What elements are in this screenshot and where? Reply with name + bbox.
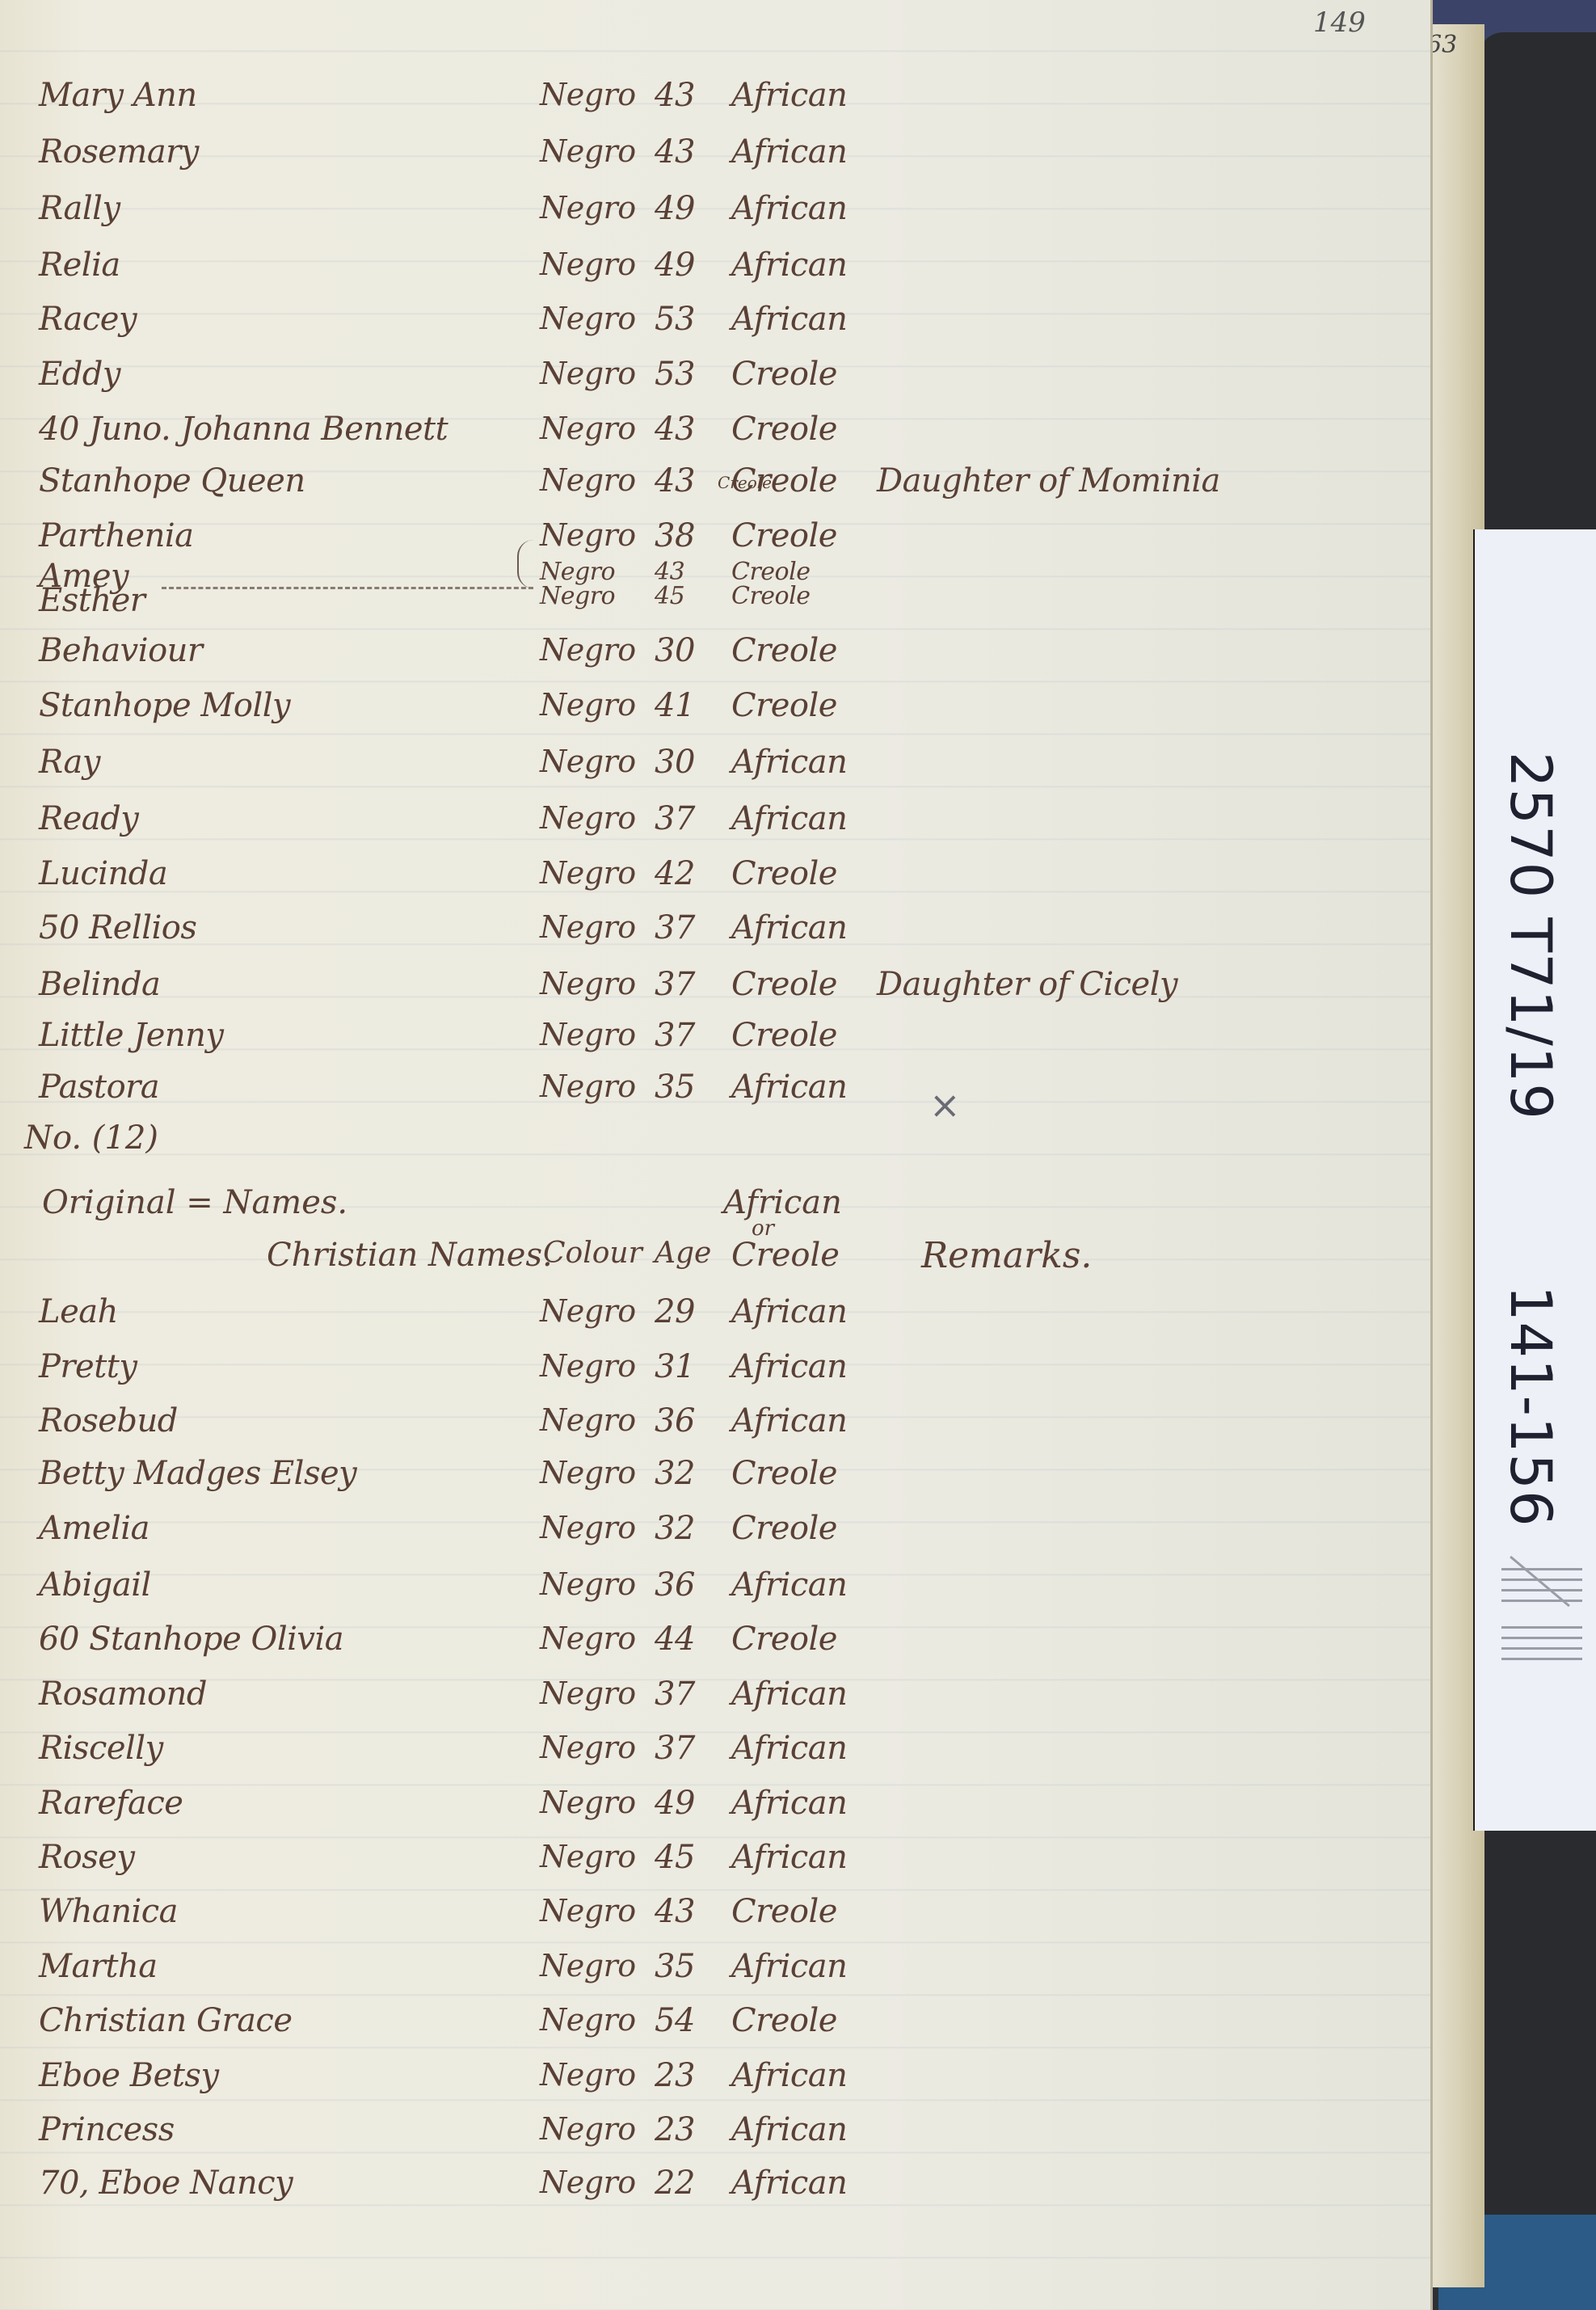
entry-origin: African [731,1839,847,1876]
entry-age: 30 [655,632,695,669]
entry-origin: African [731,190,847,227]
entry-origin: African [731,800,847,837]
entry-name: Eddy [39,356,120,393]
entry-origin: African [731,301,847,338]
entry-age: 49 [655,190,695,227]
entry-colour: Negro [540,687,636,723]
entry-age: 44 [655,1621,695,1658]
header-original-label: Original = Names. [42,1184,347,1221]
entry-colour: Negro [540,1839,636,1874]
header-christian-names: Christian Names. [267,1237,553,1274]
entry-name: 50 Rellios [39,909,196,946]
ledger-row: RoseyNegro45African [0,1839,1374,1887]
entry-name: Whanica [39,1893,178,1930]
bracket-mark [517,540,535,588]
entry-name: Esther [39,582,145,619]
entry-age: 42 [655,855,695,892]
ledger-row: Eboe BetsyNegro23African [0,2057,1374,2106]
entry-colour: Negro [540,462,636,498]
entry-age: 30 [655,744,695,781]
entry-origin: African [731,1069,847,1106]
ledger-row: RallyNegro49African [0,190,1374,238]
ledger-row: AmeliaNegro32Creole [0,1510,1374,1558]
entry-colour: Negro [540,517,636,553]
entry-age: 23 [655,2111,695,2148]
entry-name: Martha [39,1948,158,1985]
entry-colour: Negro [540,133,636,169]
ledger-row: EstherNegro45Creole [0,582,1374,630]
ledger-row: Stanhope MollyNegro41Creole [0,687,1374,736]
entry-name: Riscelly [39,1730,163,1767]
entry-origin: Creole [731,2002,837,2039]
ledger-row: Mary AnnNegro43African [0,77,1374,125]
entry-colour: Negro [540,1676,636,1711]
entry-name: Princess [39,2111,175,2148]
entry-origin: African [731,2165,847,2202]
entry-origin: Creole [731,966,837,1003]
entry-colour: Negro [540,744,636,779]
ledger-row: LucindaNegro42Creole [0,855,1374,904]
entry-name: Ray [39,744,100,781]
ledger-row: RosemaryNegro43African [0,133,1374,182]
entry-name: Ready [39,800,138,837]
entry-name: Stanhope Queen [39,462,305,500]
header-origin-creole: Creole [731,1237,840,1274]
entry-origin: Creole [731,1017,837,1054]
entry-colour: Negro [540,1948,636,1983]
entry-age: 23 [655,2057,695,2094]
ledger-row: MarthaNegro35African [0,1948,1374,1996]
header-original: Original = Names. [42,1184,347,1221]
entry-age: 49 [655,247,695,284]
entry-age: 41 [655,687,695,724]
entry-colour: Negro [540,301,636,336]
entry-name: Abigail [39,1566,151,1604]
entry-age: 37 [655,1676,695,1713]
ledger-row: RarefaceNegro49African [0,1785,1374,1833]
ledger-row: Betty Madges ElseyNegro32Creole [0,1455,1374,1503]
entry-age: 35 [655,1069,695,1106]
entry-name: Lucinda [39,855,167,892]
entry-age: 37 [655,909,695,946]
entry-age: 29 [655,1293,695,1330]
entry-colour: Negro [540,1348,636,1384]
entry-origin: African [731,77,847,114]
entry-age: 32 [655,1455,695,1492]
entry-colour: Negro [540,1293,636,1329]
ledger-row: 40 Juno. Johanna BennettNegro43Creole [0,411,1374,459]
entry-name: Amelia [39,1510,149,1547]
entry-origin: Creole [731,517,837,554]
entry-colour: Negro [540,1510,636,1545]
entry-age: 45 [655,1839,695,1876]
entry-name: Behaviour [39,632,203,669]
ledger-row: ReadyNegro37African [0,800,1374,849]
entry-colour: Negro [540,909,636,945]
pencil-tally-marks [1501,1560,1582,1668]
entry-name: Mary Ann [39,77,197,114]
entry-colour: Negro [540,1893,636,1929]
entry-colour: Negro [540,966,636,1001]
entry-age: 43 [655,1893,695,1930]
entry-name: Little Jenny [39,1017,224,1054]
entry-colour: Negro [540,1017,636,1052]
entry-origin: Creole [731,356,837,393]
ledger-row: RayNegro30African [0,744,1374,792]
ledger-page: 149 Mary AnnNegro43AfricanRosemaryNegro4… [0,0,1433,2310]
header-origin-african: African [723,1184,842,1221]
entry-colour: Negro [540,190,636,226]
entry-origin: Creole [731,1621,837,1658]
entry-colour: Negro [540,411,636,446]
entry-name: Betty Madges Elsey [39,1455,356,1492]
entry-origin: African [731,133,847,171]
entry-colour: Negro [540,1621,636,1656]
entry-age: 37 [655,966,695,1003]
entry-name: Rally [39,190,120,227]
entry-name: Rosamond [39,1676,207,1713]
entry-age: 53 [655,301,695,338]
entry-colour: Negro [540,356,636,391]
header-remarks: Remarks. [921,1235,1092,1276]
ledger-row: BelindaNegro37CreoleDaughter of Cicely [0,966,1374,1014]
entry-name: Racey [39,301,137,338]
entry-name: Christian Grace [39,2002,293,2039]
page-number: 149 [1313,6,1366,39]
ledger-row: 50 RelliosNegro37African [0,909,1374,958]
entry-colour: Negro [540,1455,636,1490]
entry-age: 37 [655,1017,695,1054]
entry-colour: Negro [540,1402,636,1438]
entry-age: 36 [655,1402,695,1440]
entry-origin: Creole [731,582,810,610]
entry-age: 22 [655,2165,695,2202]
entry-age: 37 [655,800,695,837]
entry-name: Pastora [39,1069,159,1106]
ledger-row: AbigailNegro36African [0,1566,1374,1615]
superscript-creole-note: Creole [718,473,772,492]
entry-colour: Negro [540,1069,636,1104]
ledger-row: RiscellyNegro37African [0,1730,1374,1778]
entry-age: 36 [655,1566,695,1604]
entry-name: Relia [39,247,120,284]
entry-colour: Negro [540,582,615,610]
entry-colour: Negro [540,1566,636,1602]
entry-age: 35 [655,1948,695,1985]
entry-origin: African [731,2057,847,2094]
ledger-row: RosebudNegro36African [0,1402,1374,1451]
entry-age: 49 [655,1785,695,1822]
entry-age: 32 [655,1510,695,1547]
entry-name: Rareface [39,1785,183,1822]
entry-origin: African [731,1348,847,1385]
ledger-row: EddyNegro53Creole [0,356,1374,404]
ledger-row: 70, Eboe NancyNegro22African [0,2165,1374,2213]
entry-age: 37 [655,1730,695,1767]
archive-reference: 2570 T71/19 [1497,752,1564,1120]
ledger-row: ReliaNegro49African [0,247,1374,295]
ledger-row: BehaviourNegro30Creole [0,632,1374,681]
entry-age: 31 [655,1348,695,1385]
entry-origin: African [731,1402,847,1440]
dashed-connector-line [162,587,533,589]
entry-remark: Daughter of Cicely [877,966,1177,1003]
entry-colour: Negro [540,77,636,112]
ledger-row: Christian GraceNegro54Creole [0,2002,1374,2051]
cross-mark: × [929,1083,961,1127]
entry-name: Rosebud [39,1402,178,1440]
entry-origin: African [731,1566,847,1604]
header-colour: Colour [543,1237,642,1270]
entry-origin: African [731,909,847,946]
ledger-row: Little JennyNegro37Creole [0,1017,1374,1065]
entry-origin: African [731,1730,847,1767]
entry-name: Belinda [39,966,160,1003]
ledger-row: RaceyNegro53African [0,301,1374,349]
entry-name: Rosey [39,1839,135,1876]
entry-origin: Creole [731,1455,837,1492]
ledger-row: PrincessNegro23African [0,2111,1374,2160]
ledger-row: PastoraNegro35African [0,1069,1374,1117]
entry-colour: Negro [540,855,636,891]
entry-name: Eboe Betsy [39,2057,219,2094]
entry-origin: African [731,1785,847,1822]
entry-origin: Creole [731,1893,837,1930]
entry-colour: Negro [540,1730,636,1765]
entry-colour: Negro [540,2002,636,2038]
entry-origin: Creole [731,632,837,669]
archive-page-range: 141-156 [1497,1285,1564,1527]
ledger-row: RosamondNegro37African [0,1676,1374,1724]
ledger-row: WhanicaNegro43Creole [0,1893,1374,1941]
entry-name: Pretty [39,1348,137,1385]
ledger-row: Stanhope QueenNegro43CreoleDaughter of M… [0,462,1374,511]
entry-colour: Negro [540,1785,636,1820]
entry-age: 43 [655,133,695,171]
entry-age: 45 [655,582,684,610]
section-number: No. (12) [24,1119,158,1157]
entry-colour: Negro [540,632,636,668]
entry-origin: African [731,1293,847,1330]
entry-colour: Negro [540,800,636,836]
entry-age: 54 [655,2002,695,2039]
entry-origin: Creole [731,411,837,448]
entry-age: 43 [655,462,695,500]
entry-colour: Negro [540,2165,636,2200]
entry-name: 70, Eboe Nancy [39,2165,293,2202]
entry-colour: Negro [540,247,636,282]
entry-origin: Creole [731,855,837,892]
entry-origin: African [731,744,847,781]
ledger-row: PrettyNegro31African [0,1348,1374,1397]
entry-origin: African [731,247,847,284]
entry-name: Stanhope Molly [39,687,290,724]
ledger-row: 60 Stanhope OliviaNegro44Creole [0,1621,1374,1669]
entry-origin: African [731,2111,847,2148]
entry-origin: Creole [731,1510,837,1547]
entry-colour: Negro [540,2057,636,2093]
entry-remark: Daughter of Mominia [877,462,1220,500]
entry-age: 43 [655,77,695,114]
entry-age: 38 [655,517,695,554]
entry-name: Parthenia [39,517,194,554]
entry-name: 60 Stanhope Olivia [39,1621,343,1658]
entry-origin: Creole [731,687,837,724]
entry-name: 40 Juno. Johanna Bennett [39,411,448,448]
ledger-row: LeahNegro29African [0,1293,1374,1342]
header-age: Age [655,1237,711,1270]
entry-origin: African [731,1676,847,1713]
entry-name: Rosemary [39,133,199,171]
entry-name: Leah [39,1293,118,1330]
entry-colour: Negro [540,2111,636,2147]
entry-age: 53 [655,356,695,393]
entry-age: 43 [655,411,695,448]
entry-origin: African [731,1948,847,1985]
